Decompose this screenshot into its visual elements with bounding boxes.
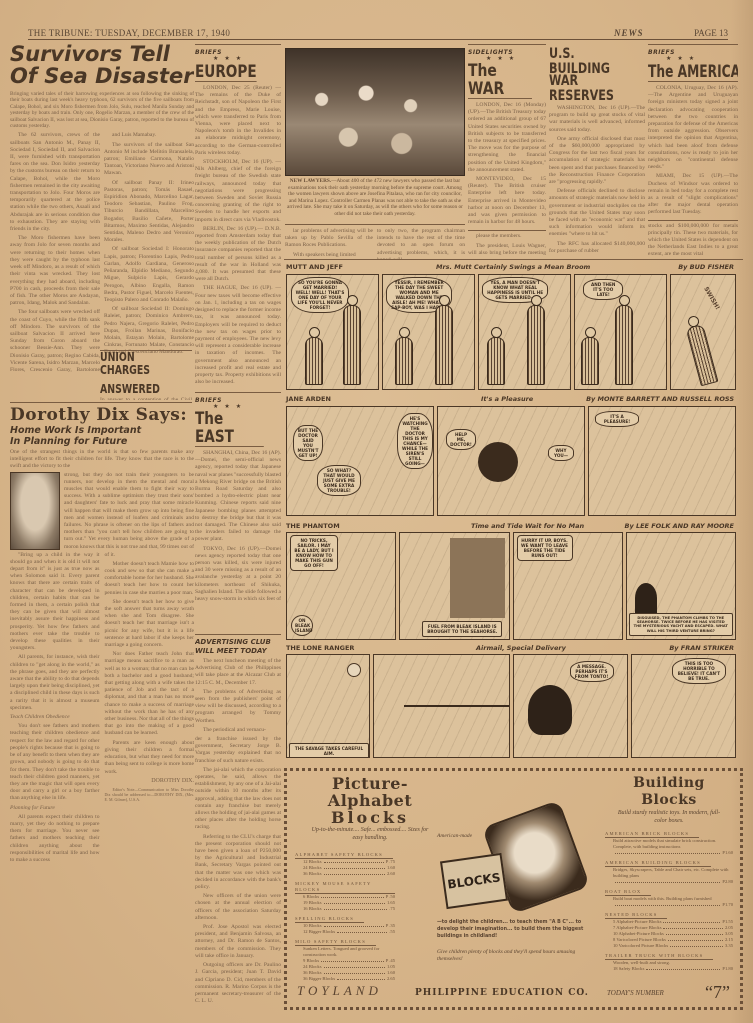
jeff-figure — [395, 337, 413, 385]
news-brief: stocks and $100,000,000 for metals princ… — [648, 223, 738, 256]
headline-line-1: Survivors Tell — [10, 44, 194, 65]
war-sidelights: SIDELIGHTS ★★★ The WAR LONDON, Dec 16 (M… — [468, 44, 546, 256]
section-title: EUROPE — [195, 63, 257, 82]
moon — [347, 663, 361, 677]
mutt-figure — [343, 305, 361, 385]
ad-center-copy: —to delight the children... to teach the… — [437, 919, 597, 940]
price-category: TRAILER TRUCK WITH BLOCKS — [605, 953, 713, 960]
mutt-figure — [527, 305, 545, 385]
comic-subtitle: It's a Pleasure — [481, 395, 533, 403]
american-made-label: American-made — [437, 833, 472, 839]
item-price: .75 — [389, 906, 395, 912]
item-price: .55 — [389, 929, 395, 935]
caption-badge: ON BLEAK ISLAND — [291, 615, 313, 636]
paragraph: The 62 survivors, crews of the sailboats… — [10, 132, 100, 233]
union-charges-article: UNION CHARGES ANSWERED In answer to a co… — [100, 350, 192, 400]
news-brief: MONTEVIDEO, Dec 15 (Reuter). The British… — [468, 176, 546, 226]
ad-title-right: Building Blocks — [605, 775, 733, 809]
speech-balloon: THIS IS TOO HORRIBLE TO BELIEVE! IT CAN'… — [672, 658, 726, 684]
paragraph: der a franchise issued by the government… — [195, 736, 281, 765]
paragraph: Parents are keen enough about giving the… — [105, 740, 195, 776]
ad-title-line-2: Blocks — [295, 809, 445, 826]
europe-items: LONDON, Dec 25 (Reuter) —The remains of … — [195, 85, 281, 386]
jeff-figure — [487, 337, 505, 385]
comic-title: MUTT AND JEFF — [286, 263, 343, 271]
comic-subtitle: Mrs. Mutt Certainly Swings a Mean Broom — [436, 263, 590, 271]
survivors-col-1: The 62 survivors, crews of the sailboats… — [10, 132, 100, 374]
comic-panel: THE SAVAGE TAKES CAREFUL AIM. — [286, 654, 370, 758]
todays-number-label: TODAY'S NUMBER — [607, 989, 664, 997]
comic-byline: By MONTE BARRETT AND RUSSELL ROSS — [586, 395, 734, 403]
comic-byline: By FRAN STRIKER — [669, 644, 734, 652]
editor-note: Editor's Note—Communication to Miss Doro… — [105, 787, 195, 802]
ad-subtitle-right: Build sturdy realistic toys. In modern, … — [605, 809, 733, 825]
price-list-left: ALPHABET SAFETY BLOCKS 12 BlocksP .75 24… — [295, 848, 395, 982]
paragraph: New officers of the union were chosen at… — [195, 893, 281, 922]
news-brief: LONDON, Dec 25 (Reuter) —The remains of … — [195, 85, 281, 157]
dix-lead: One of the strangest things in the world… — [10, 449, 194, 471]
paragraph: Of sailboat Sociedad II: Domingo Raleiet… — [104, 306, 194, 356]
paragraph: Defense officials declined to disclose a… — [549, 188, 645, 238]
paragraph-subhead: Teach Children Obedience — [10, 714, 100, 721]
masthead: THE TRIBUNE: TUESDAY, DECEMBER 17, 1940 … — [28, 26, 728, 40]
speech-balloon: IT'S A PLEASURE! — [595, 411, 639, 427]
comic-subtitle: Time and Tide Wait for No Man — [471, 522, 584, 530]
comic-panel: THIS IS TOO HORRIBLE TO BELIEVE! IT CAN'… — [631, 654, 736, 758]
news-brief: STOCKHOLM, Dec 16 (UP). —Nils Ahlberg, c… — [195, 159, 281, 224]
speech-balloon: HELP ME, DOCTOR! — [446, 429, 476, 450]
woman-hair — [528, 685, 572, 735]
dorothy-dix-column: Dorothy Dix Says: Home Work Is Important… — [10, 405, 194, 1005]
ad-club-continued: lar problems of advertising will be take… — [285, 224, 465, 260]
item-description: Sunken Letters. Tongued and grooved for … — [295, 946, 395, 958]
headline-line-1: UNION CHARGES — [100, 351, 172, 377]
paragraph: to only two, the program chairman intend… — [377, 228, 465, 260]
price-category: BOAT BLOX — [605, 889, 651, 896]
new-lawyers-photo — [285, 48, 465, 176]
speech-balloon: NO TRICKS, SAILOR. I MAY BE A LADY, BUT … — [290, 535, 338, 571]
signature: DOROTHY DIX. — [105, 778, 195, 785]
jeff-figure — [686, 324, 719, 387]
advertising-club-article: ADVERTISING CLUB WILL MEET TODAY The nex… — [195, 634, 281, 734]
mutt-figure — [615, 305, 633, 385]
paragraph: The problems of Advertising as seen from… — [195, 689, 281, 725]
paragraph: She doesn't teach her how to give the so… — [105, 599, 195, 649]
ship-hull — [450, 538, 505, 618]
dorothy-dix-portrait — [10, 472, 60, 550]
paragraph: You don't see fathers and mothers teachi… — [10, 723, 100, 802]
comic-header-the-phantom: THE PHANTOM Time and Tide Wait for No Ma… — [286, 521, 734, 531]
paragraph: WASHINGTON, Dec 16 (UP).—The program to … — [549, 105, 645, 134]
picture-alphabet-section: Picture-Alphabet Blocks Up-to-the-minute… — [295, 775, 445, 982]
ad-title-line-1: Picture-Alphabet — [295, 775, 445, 809]
news-brief: BERLIN, Dec 16 (UP).— D.N.B. reported fr… — [195, 226, 281, 284]
comic-panel — [373, 654, 509, 758]
caption-box: THE SAVAGE TAKES CAREFUL AIM. — [289, 743, 369, 758]
survivors-lead: Bringing varied tales of their harrowing… — [10, 91, 194, 129]
todays-number: “7” — [705, 982, 730, 1003]
paragraph: The jai-alai which the corporation opera… — [195, 767, 281, 832]
paragraph: The Moro fishermen have been away from J… — [10, 235, 100, 307]
comic-panel: YES, A MAN DOESN'T KNOW WHAT REAL HAPPIN… — [478, 274, 571, 390]
paragraph: Nor does Father teach John that marriage… — [105, 651, 195, 737]
section-name: NEWS — [614, 28, 644, 38]
price-category: NESTED BLOCKS — [605, 912, 667, 919]
comic-header-jane-arden: JANE ARDEN It's a Pleasure By MONTE BARR… — [286, 394, 734, 404]
americas-briefs: BRIEFS ★★★ The AMERICAS COLONIA, Uruguay… — [648, 44, 738, 256]
news-brief: THE HAGUE, Dec 16 (UP). —Four new taxes … — [195, 285, 281, 386]
comic-panel: BUT THE DOCTOR SAID YOU MUSTN'T GET UP! … — [286, 406, 434, 516]
paragraph: All parents, for instance, wish their ch… — [10, 654, 100, 712]
comic-title: THE LONE RANGER — [286, 644, 354, 652]
comic-panel: AND THEN IT'S TOO LATE! — [574, 274, 667, 390]
speech-balloon: HURRY IT UP, BOYS. WE WANT TO LEAVE BEFO… — [517, 535, 573, 561]
headline-line-1: ADVERTISING CLUB — [195, 638, 281, 647]
dix-col-b: of it. Mother doesn't teach Mamie how to… — [105, 552, 195, 867]
arrow — [404, 705, 509, 707]
item-name: 18 Safety Blocks — [613, 966, 644, 972]
comic-byline: By LEE FOLK AND RAY MOORE — [624, 522, 734, 530]
subhead-line-1: Home Work Is Important — [10, 425, 194, 436]
news-brief: SHANGHAI, China, Dec 16 (AP).—Domei, the… — [195, 450, 281, 544]
philippine-education-co-advertisement: Picture-Alphabet Blocks Up-to-the-minute… — [284, 768, 743, 1010]
comic-panel: A MESSAGE. PERHAPS IT'S FROM TONTO! — [513, 654, 628, 758]
comic-strip-the-phantom: NO TRICKS, SAILOR. I MAY BE A LADY, BUT … — [286, 532, 736, 640]
paragraph: The RFC has allocated $140,000,000 for p… — [549, 241, 645, 255]
jeff-figure — [581, 337, 599, 385]
column-title: Dorothy Dix Says: — [10, 405, 194, 425]
speech-balloon: HE'S WATCHING THE DOCTOR THIS IS MY CHAN… — [397, 413, 433, 469]
headline-line-2: Of Sea Disaster — [10, 65, 194, 88]
paragraph: With speakers being limited — [285, 252, 373, 259]
paragraph: Prof. Jose Apostol was elected president… — [195, 924, 281, 960]
comic-panel: NO TRICKS, SAILOR. I MAY BE A LADY, BUT … — [286, 532, 396, 640]
toyland-label: TOYLAND — [297, 983, 382, 999]
caption-box: DISGUISED, THE PHANTOM CLIMBS TO THE SEA… — [629, 613, 733, 636]
paragraph: "Bring up a child in the way it should g… — [10, 552, 100, 653]
speech-balloon: SO YOU'RE GONNA GET MARRIED! WELL! WELL!… — [291, 277, 349, 313]
caption-lead: NEW LAWYERS. — [290, 178, 331, 184]
price-category: MICKEY MOUSE SAFETY BLOCKS — [295, 881, 395, 894]
comic-panel: IT'S A PLEASURE! — [588, 406, 736, 516]
building-blocks-section: Building Blocks Build sturdy realistic t… — [605, 775, 733, 972]
comic-panel: HURRY IT UP, BOYS. WE WANT TO LEAVE BEFO… — [513, 532, 623, 640]
comic-strip-mutt-and-jeff: SO YOU'RE GONNA GET MARRIED! WELL! WELL!… — [286, 274, 736, 390]
section-title: The AMERICAS — [648, 63, 738, 82]
subhead-line-2: In Planning for Future — [10, 436, 194, 447]
phantom-silhouette — [635, 583, 657, 613]
item-description: Bridges, Skyscrapers, Table and Chair se… — [605, 867, 733, 879]
comic-panel: FUEL FROM BLEAK ISLAND IS BROUGHT TO THE… — [399, 532, 509, 640]
blocks-box-illustration: BLOCKS — [440, 853, 508, 909]
comic-panel: DISGUISED, THE PHANTOM CLIMBS TO THE SEA… — [626, 532, 736, 640]
comic-panel: HELP ME, DOCTOR! WHY YOU— — [437, 406, 585, 516]
survivors-article: Survivors Tell Of Sea Disaster Bringing … — [10, 44, 194, 374]
ad-center-italic: Give children plenty of blocks and they'… — [437, 949, 597, 963]
union-body: In answer to a contention of the Civil L… — [100, 397, 192, 400]
price-category: SPELLING BLOCKS — [295, 916, 364, 923]
comic-strip-lone-ranger: THE SAVAGE TAKES CAREFUL AIM. A MESSAGE.… — [286, 654, 736, 758]
newspaper-page: THE TRIBUNE: TUESDAY, DECEMBER 17, 1940 … — [0, 0, 753, 1023]
speech-balloon: WHY YOU— — [548, 445, 574, 461]
comic-header-mutt-and-jeff: MUTT AND JEFF Mrs. Mutt Certainly Swings… — [286, 262, 734, 272]
speech-balloon: BUT THE DOCTOR SAID YOU MUSTN'T GET UP! — [293, 425, 323, 461]
paragraph: The four sailboats were wrecked off the … — [10, 309, 100, 374]
paragraph: Mother doesn't teach Mamie how to cook a… — [105, 561, 195, 597]
paragraph: of it. — [105, 552, 195, 559]
speech-balloon: SO WHAT? THAT WOULD JUST GIVE ME SOME EX… — [317, 465, 361, 496]
speech-balloon: AND THEN IT'S TOO LATE! — [583, 279, 623, 300]
paragraph: Of sailboat Panay II: Irineo Pastoras, p… — [104, 180, 194, 245]
section-title: The WAR — [468, 62, 532, 99]
price-category: ALPHABET SAFETY BLOCKS — [295, 852, 393, 859]
paragraph: The survivors of the sailboat San Antoni… — [104, 142, 194, 178]
paragraph: The next luncheon meeting of the Adverti… — [195, 658, 281, 687]
caption-box: FUEL FROM BLEAK ISLAND IS BROUGHT TO THE… — [422, 621, 502, 637]
war-reserves-article: U.S. BUILDING WAR RESERVES WASHINGTON, D… — [549, 44, 645, 256]
paragraph: All parents expect their children to mar… — [10, 814, 100, 864]
paragraph: please the members. — [468, 233, 546, 240]
jeff-figure — [305, 337, 323, 385]
page-edge-shadow — [731, 0, 753, 1023]
survivors-col-2: and Luis Mamabay. The survivors of the s… — [104, 132, 194, 374]
dix-col-a: "Bring up a child in the way it should g… — [10, 552, 100, 867]
caption-text: —About 400 of the 472 new lawyers who pa… — [287, 178, 463, 217]
paragraph: and Luis Mamabay. — [104, 132, 194, 139]
union-charges-continued: der a franchise issued by the government… — [195, 736, 281, 1011]
headline-line-2: ANSWERED — [100, 383, 160, 396]
photo-caption: NEW LAWYERS.—About 400 of the 472 new la… — [285, 178, 465, 222]
paragraph: Of sailboat Sociedad I: Honorato Lapis, … — [104, 246, 194, 304]
paragraph: lar problems of advertising will be take… — [285, 228, 373, 250]
box-label: BLOCKS — [447, 870, 502, 891]
price-category: AMERICAN BUILDING BLOCKS — [605, 860, 711, 867]
hair-figure — [478, 442, 518, 482]
headline-line-2: WAR RESERVES — [549, 74, 626, 104]
section-title: The EAST — [195, 410, 264, 447]
item-price: 2.65 — [387, 976, 395, 982]
dix-beside-photo: strong, but they do not train their youn… — [64, 472, 194, 550]
price-category: AMERICAN BRICK BLOCKS — [605, 831, 699, 838]
europe-briefs: BRIEFS ★★★ EUROPE LONDON, Dec 25 (Reuter… — [195, 44, 281, 389]
news-brief: MIAMI, Dec 15 (UP).—The Duchess of Winds… — [648, 173, 738, 216]
price-category: MILO SAFETY BLOCKS — [295, 939, 376, 946]
news-brief: COLONIA, Uruguay, Dec 16 (AP).—The Argen… — [648, 85, 738, 171]
comic-header-lone-ranger: THE LONE RANGER Airmail, Special Deliver… — [286, 643, 734, 653]
comic-subtitle: Airmail, Special Delivery — [476, 644, 566, 652]
paragraph-subhead: Planning for Future — [10, 805, 100, 812]
headline-line-2: WILL MEET TODAY — [195, 647, 281, 656]
ad-subtitle: Up-to-the-minute.... Safe... embossed...… — [295, 826, 445, 842]
comic-panel: YESSIR, I REMEMBER THE DAY THE SWEET WOM… — [382, 274, 475, 390]
news-brief: LONDON, Dec 16 (Monday) (UP).—The Britis… — [468, 102, 546, 174]
masthead-dateline: THE TRIBUNE: TUESDAY, DECEMBER 17, 1940 — [28, 28, 230, 38]
mutt-figure — [435, 305, 453, 385]
east-briefs: BRIEFS ★★★ The EAST SHANGHAI, China, Dec… — [195, 392, 281, 602]
comic-strip-jane-arden: BUT THE DOCTOR SAID YOU MUSTN'T GET UP! … — [286, 406, 736, 516]
price-list-right: AMERICAN BRICK BLOCKS Build attractive m… — [605, 827, 733, 972]
paragraph: Referring to the CLU's charge that the p… — [195, 834, 281, 892]
company-name: PHILIPPINE EDUCATION CO. — [415, 988, 589, 998]
item-name: 36 Bigger Blocks — [303, 976, 335, 982]
comic-panel: SO YOU'RE GONNA GET MARRIED! WELL! WELL!… — [286, 274, 379, 390]
comic-title: THE PHANTOM — [286, 522, 340, 530]
news-brief: TOKYO, Dec 16 (UP).—Domei news agency re… — [195, 546, 281, 602]
sound-effect: SWISH! — [703, 286, 722, 311]
paragraph: Outgoing officers are Dr. Paulino J. Gar… — [195, 962, 281, 1005]
page-number: PAGE 13 — [694, 28, 728, 38]
comic-title: JANE ARDEN — [286, 395, 331, 403]
speech-balloon: A MESSAGE. PERHAPS IT'S FROM TONTO! — [570, 661, 614, 682]
paragraph: The periodical and vernacu- — [195, 727, 281, 734]
paragraph: One army official disclosed that most of… — [549, 136, 645, 186]
paragraph: The president, Louis Wagner, will also b… — [468, 243, 546, 256]
comic-panel: SWISH! — [670, 274, 736, 390]
item-description: Build attractive models that simulate br… — [605, 838, 733, 850]
comic-byline: By BUD FISHER — [678, 263, 734, 271]
